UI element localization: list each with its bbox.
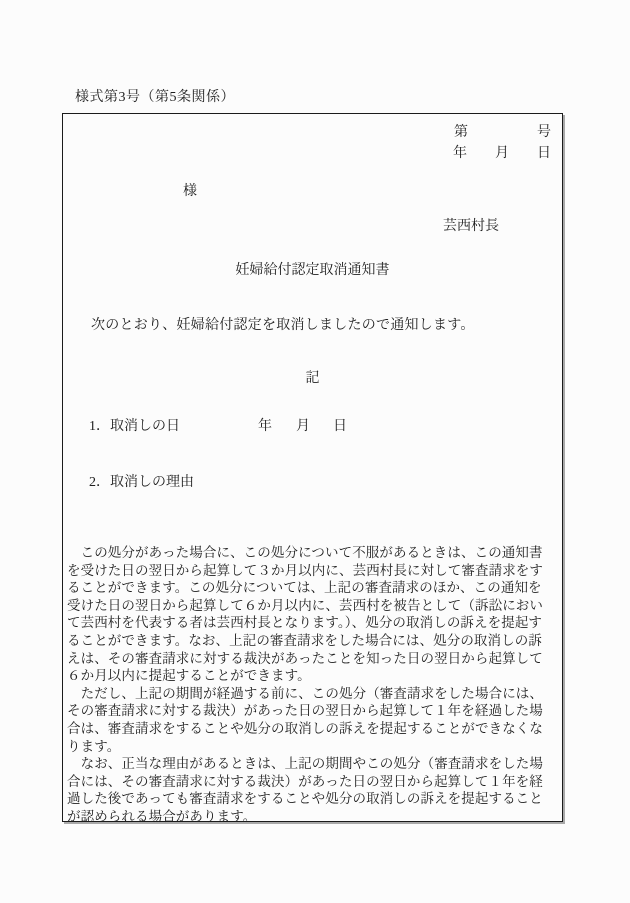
document-number-suffix: 号 (537, 126, 551, 140)
issue-date-year-label: 年 (453, 147, 467, 161)
intro-sentence: 次のとおり、妊婦給付認定を取消しましたので通知します。 (91, 319, 475, 333)
item-cancellation-date-month-label: 月 (296, 420, 310, 434)
addressee-honorific: 様 (183, 185, 197, 199)
document-number-prefix: 第 (454, 126, 468, 140)
item-cancellation-date: 1．取消しの日 年 月 日 (89, 420, 549, 435)
notification-document-page: 様式第3号（第5条関係） 第 号 年 月 日 様 芸西村長 妊婦給付認定取消通知… (0, 0, 630, 903)
item-cancellation-reason-label: 2．取消しの理由 (89, 475, 194, 490)
form-number-label: 様式第3号（第5条関係） (75, 91, 235, 105)
item-cancellation-date-year-label: 年 (258, 420, 272, 434)
document-title: 妊婦給付認定取消通知書 (63, 264, 562, 278)
issue-date-row: 年 月 日 (453, 147, 551, 161)
issue-date-month-label: 月 (495, 147, 509, 161)
sender-name: 芸西村長 (443, 220, 499, 234)
appeal-notice-text: この処分があった場合に、この処分について不服があるときは、この通知書 を受けた日… (67, 544, 561, 826)
document-border-box: 第 号 年 月 日 様 芸西村長 妊婦給付認定取消通知書 次のとおり、妊婦給付認… (62, 113, 563, 822)
item-cancellation-date-day-label: 日 (333, 420, 347, 434)
item-cancellation-date-label: 1．取消しの日 (89, 419, 180, 434)
document-number-row: 第 号 (454, 126, 551, 140)
item-cancellation-reason: 2．取消しの理由 (89, 476, 549, 491)
record-heading: 記 (63, 372, 562, 386)
issue-date-day-label: 日 (537, 147, 551, 161)
